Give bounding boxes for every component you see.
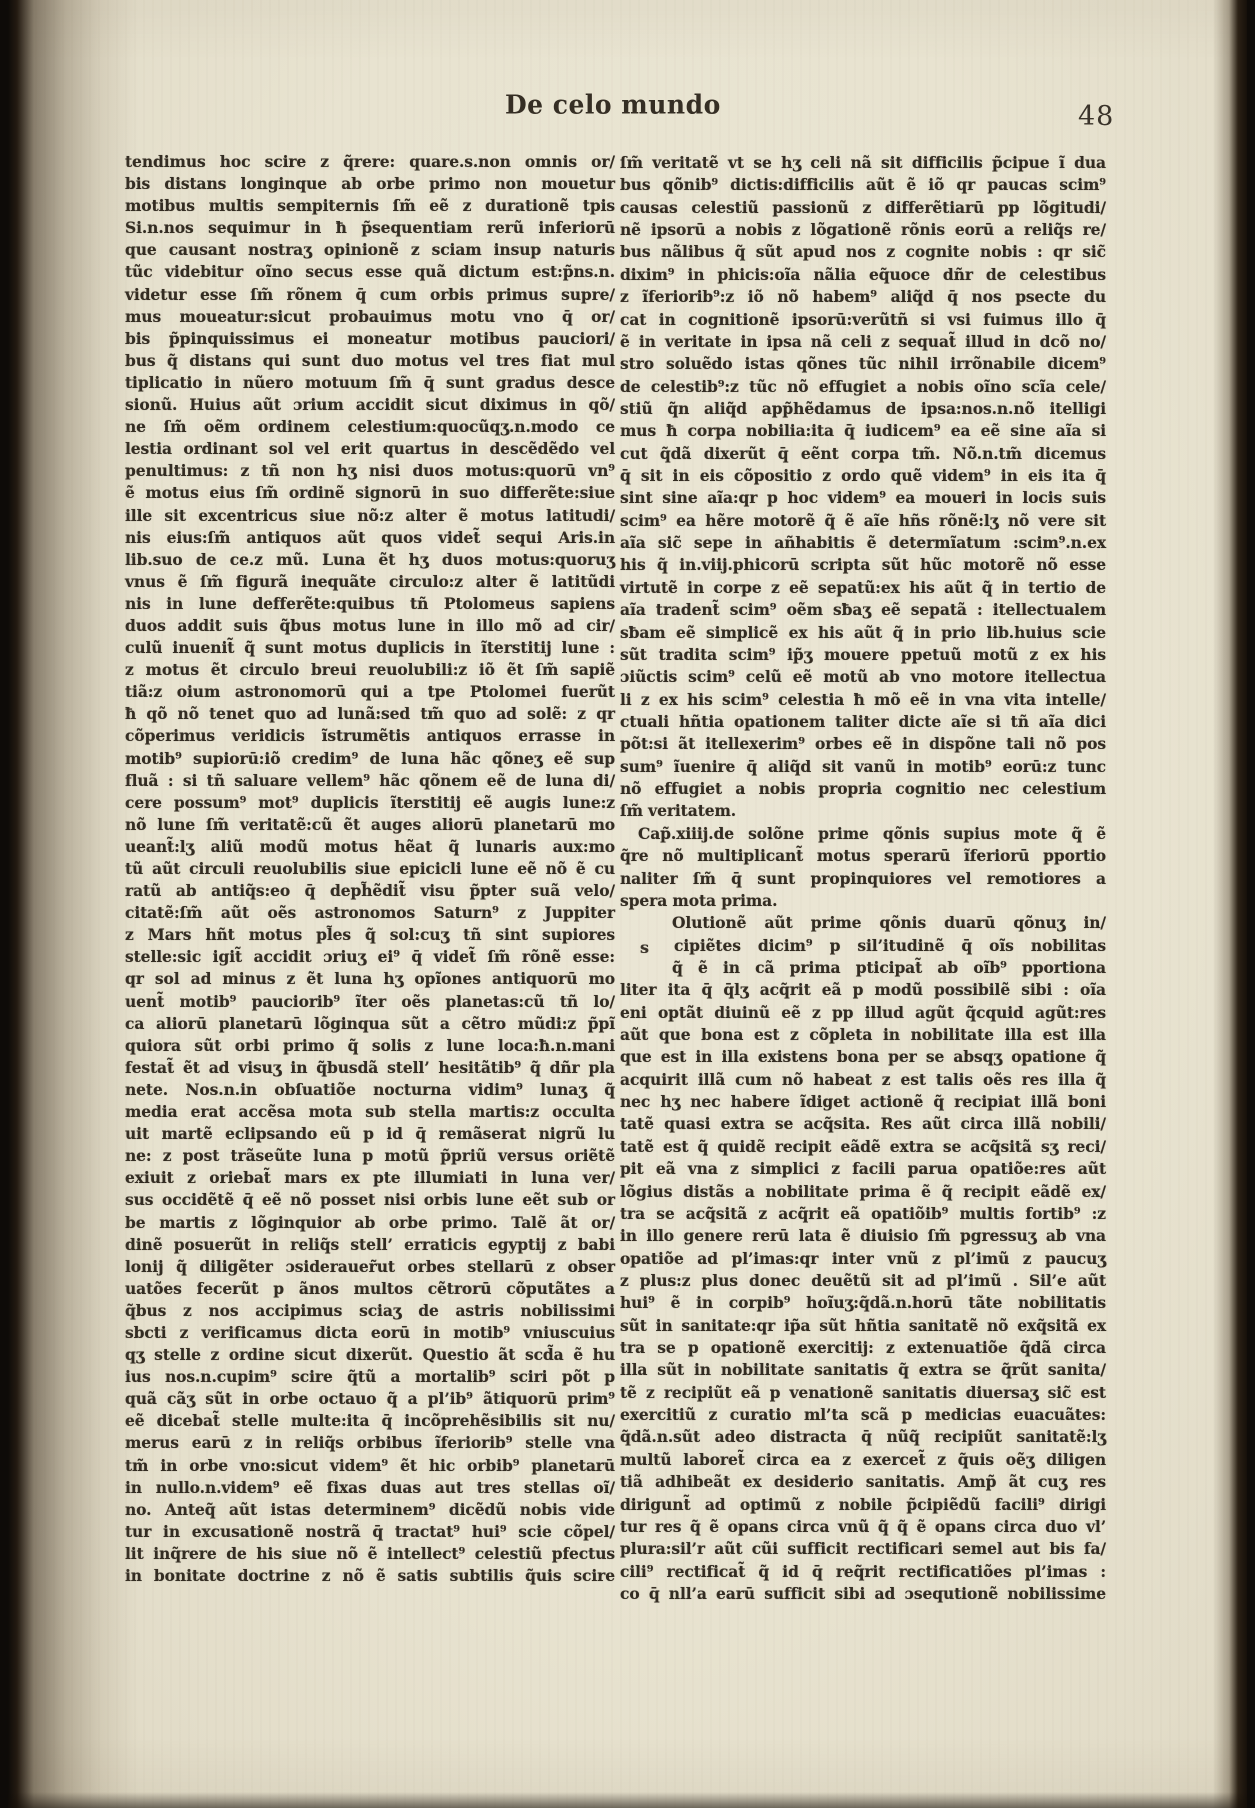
text-line: ctuali hñtia opationem taliter dicte ai… [620,711,1106,733]
text-line: stiũ q̃n aliq̃d app̃hẽdamus de ipsa:no… [620,398,1106,420]
text-line: aũt que bona est z cõpleta in nobilita… [620,1024,1106,1046]
text-line: tũc videbitur oĩno secus esse quã dict… [125,261,615,283]
text-line: tiã adhibeãt ex desiderio sanitatis. A… [620,1471,1106,1493]
text-line: plura:sil’r aũt cũi sufficit rectifica… [620,1538,1106,1560]
text-line: q̃ ẽ in cã prima pticipat̃ ab oĩb⁹ pp… [620,957,1106,979]
text-line: li z ex his scim⁹ celestia ħ mõ eẽ in … [620,689,1106,711]
text-line: põt:si ãt itellexerim⁹ orbes eẽ in di… [620,733,1106,755]
text-line: sint sine aĩa:qr p hoc videm⁹ ea moueri… [620,487,1106,509]
text-line: in bonitate doctrine z nõ ẽ satis subt… [125,1565,615,1587]
text-line: ne: z post trãseũte luna p motũ p̃pri… [125,1145,615,1167]
text-line: quã cãʒ sũt in orbe octauo q̃ a pl’ib… [125,1388,615,1410]
text-line: Si.n.nos sequimur in ħ p̃sequentiam reru… [125,217,615,239]
text-line: acquirit illã cum nõ habeat z est tali… [620,1069,1106,1091]
text-line: tendimus hoc scire z q̃rere: quare.s.non… [125,151,615,173]
text-line: ca aliorū planetarū lõginqua sũt a c… [125,1013,615,1035]
text-line: z Mars hñt motus pl̃es q̃ sol:cuʒ tñ s… [125,924,615,946]
text-line: z ĩferiorib⁹:z iõ nõ habem⁹ aliq̃d q̄… [620,286,1106,308]
text-line: his q̃ in.viij.phicorū scripta sũt hũ… [620,554,1106,576]
text-line: de celestib⁹:z tũc nõ effugiet a nobis… [620,376,1106,398]
text-line: festat̃ ẽt ad visuʒ in q̃busdã stell’ … [125,1057,615,1079]
text-line: bis p̃pinquissimus ei moneatur motibus p… [125,328,615,350]
text-line: vnus ẽ ſm̃ figurã inequãte circulo:z … [125,571,615,593]
guide-letter: s [640,938,649,957]
text-line: lit inq̃rere de his siue nõ ẽ intellec… [125,1543,615,1565]
text-line: tur in excusationẽ nostrã q̄ tractat⁹ … [125,1521,615,1543]
text-line: pit eã vna z simplici z facili parua op… [620,1158,1106,1180]
text-line: nõ effugiet a nobis propria cognitio ne… [620,778,1106,800]
text-line: multũ laboret̃ circa ea z exercet̃ z q̃… [620,1449,1106,1471]
text-line: liter ita q̄ q̄lʒ acq̃rit eã p modũ po… [620,979,1106,1001]
text-line: ratũ ab antiq̃s:eo q̄ deph̃ẽdit̃ visu … [125,880,615,902]
text-line: culũ inuenit̃ q̃ sunt motus duplicis in… [125,637,615,659]
text-line: qr sol ad minus z ẽt luna hʒ opĩones a… [125,968,615,990]
text-line: be martis z lõginquior ab orbe primo. T… [125,1212,615,1234]
text-line: q̃dã.n.sũt adeo distracta q̄ nũq̃ rec… [620,1426,1106,1448]
page-number: 48 [1078,101,1114,132]
text-line: cili⁹ rectificat̃ q̃ id q̄ req̃rit recti… [620,1561,1106,1583]
text-line: tũ aũt circuli reuolubilis siue epicic… [125,858,615,880]
text-line: cut q̃dã dixerũt q̄ eẽnt corpa tm̃. N… [620,443,1106,465]
text-line: spera mota prima. [620,890,1106,912]
page-bottom-edge [8,1792,1247,1808]
text-line: nete. Nos.n.in obſuatiõe nocturna vidim… [125,1079,615,1101]
text-line: bus nãlibus q̃ sũt apud nos z cognite … [620,241,1106,263]
text-line: scim⁹ ea hẽre motorẽ q̃ ẽ aĩe hñs r… [620,510,1106,532]
scanned-book-page: { "page": { "running_title": "De celo mu… [0,0,1255,1808]
text-column-left: tendimus hoc scire z q̃rere: quare.s.non… [125,151,615,1587]
text-line: tiplicatio in nũero motuum ſm̃ q̄ sunt … [125,372,615,394]
text-line: que est in illa existens bona per se abs… [620,1046,1106,1068]
text-line: ne ſm̃ oẽm ordinem celestium:quocũqʒ.n… [125,416,615,438]
text-line: z motus ẽt circulo breui reuolubili:z i… [125,659,615,681]
text-line: sũt tradita scim⁹ ip̃ʒ mouere ppetuũ m… [620,644,1106,666]
text-line: fluã : si tñ saluare vellem⁹ hãc qõn… [125,770,615,792]
text-line: ħ qõ nõ tenet quo ad lunã:sed tm̃ quo… [125,703,615,725]
text-line: eẽ dicebat̃ stelle multe:ita q̄ incõpr… [125,1410,615,1432]
text-line: mus moueatur:sicut probauimus motu vno q… [125,306,615,328]
text-line: in illo genere rerū lata ẽ diuisio ſm̃… [620,1225,1106,1247]
text-line: Cap̃.xiiij.de solõne prime qõnis supiu… [620,823,1106,845]
text-line: bus q̃ distans qui sunt duo motus vel tr… [125,350,615,372]
text-line: eni optãt diuinũ eẽ z pp illud agũt … [620,1002,1106,1024]
page-right-edge [1213,0,1247,1808]
running-title: De celo mundo [505,89,721,119]
text-line: causas celestiũ passionũ z differẽtia… [620,197,1106,219]
text-line: lib.suo de ce.z mũ. Luna ẽt hʒ duos mo… [125,549,615,571]
text-line: sum⁹ ĩuenire q̄ aliq̃d sit vanũ in mot… [620,756,1106,778]
text-line: nẽ ipsorū a nobis z lõgationẽ rõnis… [620,219,1106,241]
text-line: aĩa tradent̃ scim⁹ oẽm sƀaʒ eẽ sepata… [620,599,1106,621]
text-line: opatiõe ad pl’imas:qr inter vnũ z pl’i… [620,1248,1106,1270]
text-line: nõ lune ſm̃ veritatẽ:cũ ẽt auges ali… [125,814,615,836]
text-line: cõperimus veridicis ĩstrumẽtis antiqu… [125,725,615,747]
text-line: tatẽ est q̃ quidẽ recipit eãdẽ extra… [620,1136,1106,1158]
text-line: sbcti z verificamus dicta eorū in motib… [125,1322,615,1344]
text-line: tm̃ in orbe vno:sicut videm⁹ ẽt hic orb… [125,1455,615,1477]
text-line: lestia ordinant sol vel erit quartus in … [125,438,615,460]
text-line: que causant nostraʒ opinionẽ z sciam in… [125,239,615,261]
text-line: lonij q̃ diligẽter ɔsiderauer̃ut orbes … [125,1256,615,1278]
text-line: motib⁹ supiorū:iõ credim⁹ de luna hãc… [125,748,615,770]
text-line: z plus:z plus donec deuẽtũ sit ad pl’i… [620,1270,1106,1292]
text-line: no. Anteq̃ aũt istas determinem⁹ dicẽd… [125,1499,615,1521]
text-line: sƀam eẽ simplicẽ ex his aũt q̃ in pri… [620,622,1106,644]
text-line: motibus multis sempiternis ſm̃ eẽ z dura… [125,195,615,217]
text-line: tra se p opationẽ exercitij: z extenuat… [620,1337,1106,1359]
gutter-shadow [8,0,138,1808]
text-line: stelle:sic igit̃ accidit ɔriuʒ ei⁹ q̄ vi… [125,946,615,968]
text-line: penultimus: z tñ non hʒ nisi duos motus… [125,460,615,482]
text-line: exiuit z oriebat̃ mars ex pte illumiati … [125,1167,615,1189]
text-line: tra se acq̃sitã z acq̃rit eã opatiõib… [620,1203,1106,1225]
text-line: in nullo.n.videm⁹ eẽ fixas duas aut tre… [125,1477,615,1499]
text-line: ſm̃ veritatem. [620,800,1106,822]
text-line: mus ħ corpa nobilia:ita q̄ iudicem⁹ ea e… [620,420,1106,442]
text-line: ẽ in veritate in ipsa nã celi z sequat… [620,331,1106,353]
text-line: sus occidẽtẽ q̄ eẽ nõ posset nisi or… [125,1189,615,1211]
text-line: tiã:z oium astronomorū qui a tpe Ptolo… [125,681,615,703]
text-line: sũt in sanitate:qr ip̃a sũt hñtia san… [620,1315,1106,1337]
text-line: exercitiũ z curatio ml’ta scã p medici… [620,1404,1106,1426]
text-line: tur res q̃ ẽ opans circa vnũ q̃ q̃ ẽ … [620,1516,1106,1538]
text-column-right: s ſm̃ veritatẽ vt se hʒ celi nã sit di… [620,152,1106,1605]
text-line: ɔiũctis scim⁹ celũ eẽ motũ ab vno mo… [620,666,1106,688]
text-line: lõgius distãs a nobilitate prima ẽ q̃… [620,1181,1106,1203]
text-line: co q̄ nll’a earū sufficit sibi ad ɔsequ… [620,1583,1106,1605]
text-line: ẽ motus eius ſm̃ ordinẽ signorū in su… [125,482,615,504]
text-line: nis eius:ſm̃ antiquos aũt quos videt̃ s… [125,527,615,549]
text-line: quiora sũt orbi primo q̃ solis z lune l… [125,1035,615,1057]
text-line: q̄ sit in eis cõpositio z ordo quẽ vid… [620,465,1106,487]
text-line: merus earū z in reliq̃s orbibus ĩferio… [125,1432,615,1454]
text-line: naliter ſm̃ q̄ sunt propinquiores vel re… [620,868,1106,890]
text-line: bus qõnib⁹ dictis:difficilis aũt ẽ io… [620,174,1106,196]
text-line: uatões fecerũt p ãnos multos cẽtroru… [125,1278,615,1300]
text-line: q̃bus z nos accipimus sciaʒ de astris no… [125,1300,615,1322]
book-page: De celo mundo 48 tendimus hoc scire z q̃… [8,0,1247,1808]
text-line: citatẽ:ſm̃ aũt oẽs astronomos Saturn⁹… [125,902,615,924]
text-line: dixim⁹ in phicis:oĩa nãlia eq̃uoce dñ… [620,264,1106,286]
text-line: cipiẽtes dicim⁹ p sil’itudinẽ q̄ oĩs … [620,935,1106,957]
text-line: ueant̃:lʒ aliũ modũ motus hẽat q̃ lun… [125,836,615,858]
text-line: cere possum⁹ mot⁹ duplicis ĩterstitij e… [125,792,615,814]
text-line: aĩa sic̃ sepe in añhabitis ẽ determĩ… [620,532,1106,554]
text-line: ſm̃ veritatẽ vt se hʒ celi nã sit diff… [620,152,1106,174]
text-line: dirigunt̃ ad optimũ z nobile p̃cipiẽdu… [620,1494,1106,1516]
text-line: Olutionẽ aũt prime qõnis duarū qõnu… [620,912,1106,934]
text-line: duos addit suis q̃bus motus lune in illo… [125,615,615,637]
text-line: stro soluẽdo istas qõnes tũc nihil ir… [620,353,1106,375]
text-line: virtutẽ in corpe z eẽ sepatũ:ex his a… [620,577,1106,599]
text-line: cat in cognitionẽ ipsorū:verũtñ si v… [620,309,1106,331]
text-line: uit martẽ eclipsando eũ p id q̄ remãs… [125,1123,615,1145]
text-line: tẽ z recipiũt eã p venationẽ sanitat… [620,1382,1106,1404]
text-line: dinẽ posuerũt in reliq̃s stell’ errati… [125,1234,615,1256]
text-line: qʒ stelle z ordine sicut dixerũt. Quest… [125,1344,615,1366]
text-line: bis distans longinque ab orbe primo non … [125,173,615,195]
text-line: media erat accẽsa mota sub stella marti… [125,1101,615,1123]
text-line: illa sũt in nobilitate sanitatis q̃ ext… [620,1359,1106,1381]
text-line: tatẽ quasi extra se acq̃sita. Res aũt … [620,1113,1106,1135]
text-line: ius nos.n.cupim⁹ scire q̃tũ a mortalib⁹… [125,1366,615,1388]
text-line: nis in lune defferẽte:quibus tñ Ptolom… [125,593,615,615]
text-line: sionũ. Huius aũt ɔrium accidit sicut d… [125,394,615,416]
text-line: nec hʒ nec habere ĩdiget actionẽ q̃ re… [620,1091,1106,1113]
text-line: videtur esse ſm̃ rõnem q̄ cum orbis pri… [125,284,615,306]
text-line: hui⁹ ẽ in corpib⁹ hoĩuʒ:q̃dã.n.horū … [620,1292,1106,1314]
text-line: ille sit excentricus siue nõ:z alter ẽ… [125,505,615,527]
text-line: uent̃ motib⁹ pauciorib⁹ ĩter oẽs plane… [125,991,615,1013]
text-line: q̃re nõ multiplicant̃ motus sperarū ĩ… [620,845,1106,867]
